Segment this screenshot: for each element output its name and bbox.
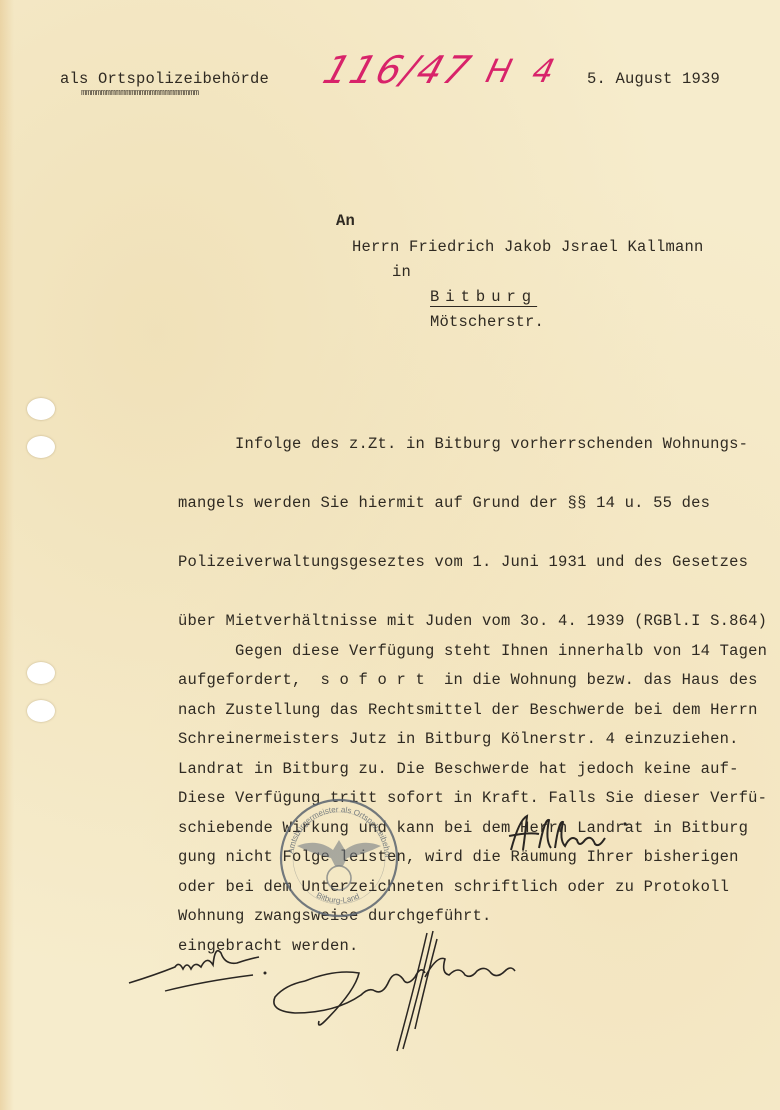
issuing-authority: als Ortspolizeibehörde	[60, 70, 269, 88]
authority-strikeout: mmmmmmmmmmmmmmmmmmmmmmmm	[81, 88, 249, 98]
recipient-prefix: An	[336, 212, 355, 230]
recipient-preposition: in	[392, 263, 411, 281]
text-line: Infolge des z.Zt. in Bitburg vorherrsche…	[178, 433, 778, 456]
punch-hole	[27, 436, 55, 458]
text-line: mangels werden Sie hiermit auf Grund der…	[178, 492, 778, 515]
punch-hole	[27, 700, 55, 722]
punch-hole	[27, 662, 55, 684]
recipient-street: Mötscherstr.	[430, 313, 544, 331]
text-line: Polizeiverwaltungsgeseztes vom 1. Juni 1…	[178, 551, 778, 574]
body-paragraph-appeal: Gegen diese Verfügung steht Ihnen innerh…	[178, 604, 778, 976]
document-date: 5. August 1939	[587, 70, 720, 88]
signature-main	[265, 925, 525, 1060]
recipient-name: Herrn Friedrich Jakob Jsrael Kallmann	[352, 238, 704, 256]
svg-text:Bitburg-Land: Bitburg-Land	[315, 891, 361, 905]
handwritten-reference-number: 116/47	[318, 48, 478, 92]
signature-initials	[125, 935, 275, 1000]
text-line: Landrat in Bitburg zu. Die Beschwerde ha…	[178, 758, 778, 781]
handwritten-reference-suffix: H 4	[482, 52, 564, 90]
signature-upper-right	[505, 810, 635, 865]
text-line: oder bei dem Unterzeichneten schriftlich…	[178, 876, 778, 899]
text-line: Gegen diese Verfügung steht Ihnen innerh…	[178, 640, 778, 663]
text-line: schiebende Wirkung und kann bei dem Herr…	[178, 817, 778, 840]
text-line: nach Zustellung das Rechtsmittel der Bes…	[178, 699, 778, 722]
official-seal-icon: Amtsbürgermeister als Ortspolizeibehörde…	[277, 796, 401, 920]
punch-hole	[27, 398, 55, 420]
recipient-city: Bitburg	[430, 288, 537, 306]
